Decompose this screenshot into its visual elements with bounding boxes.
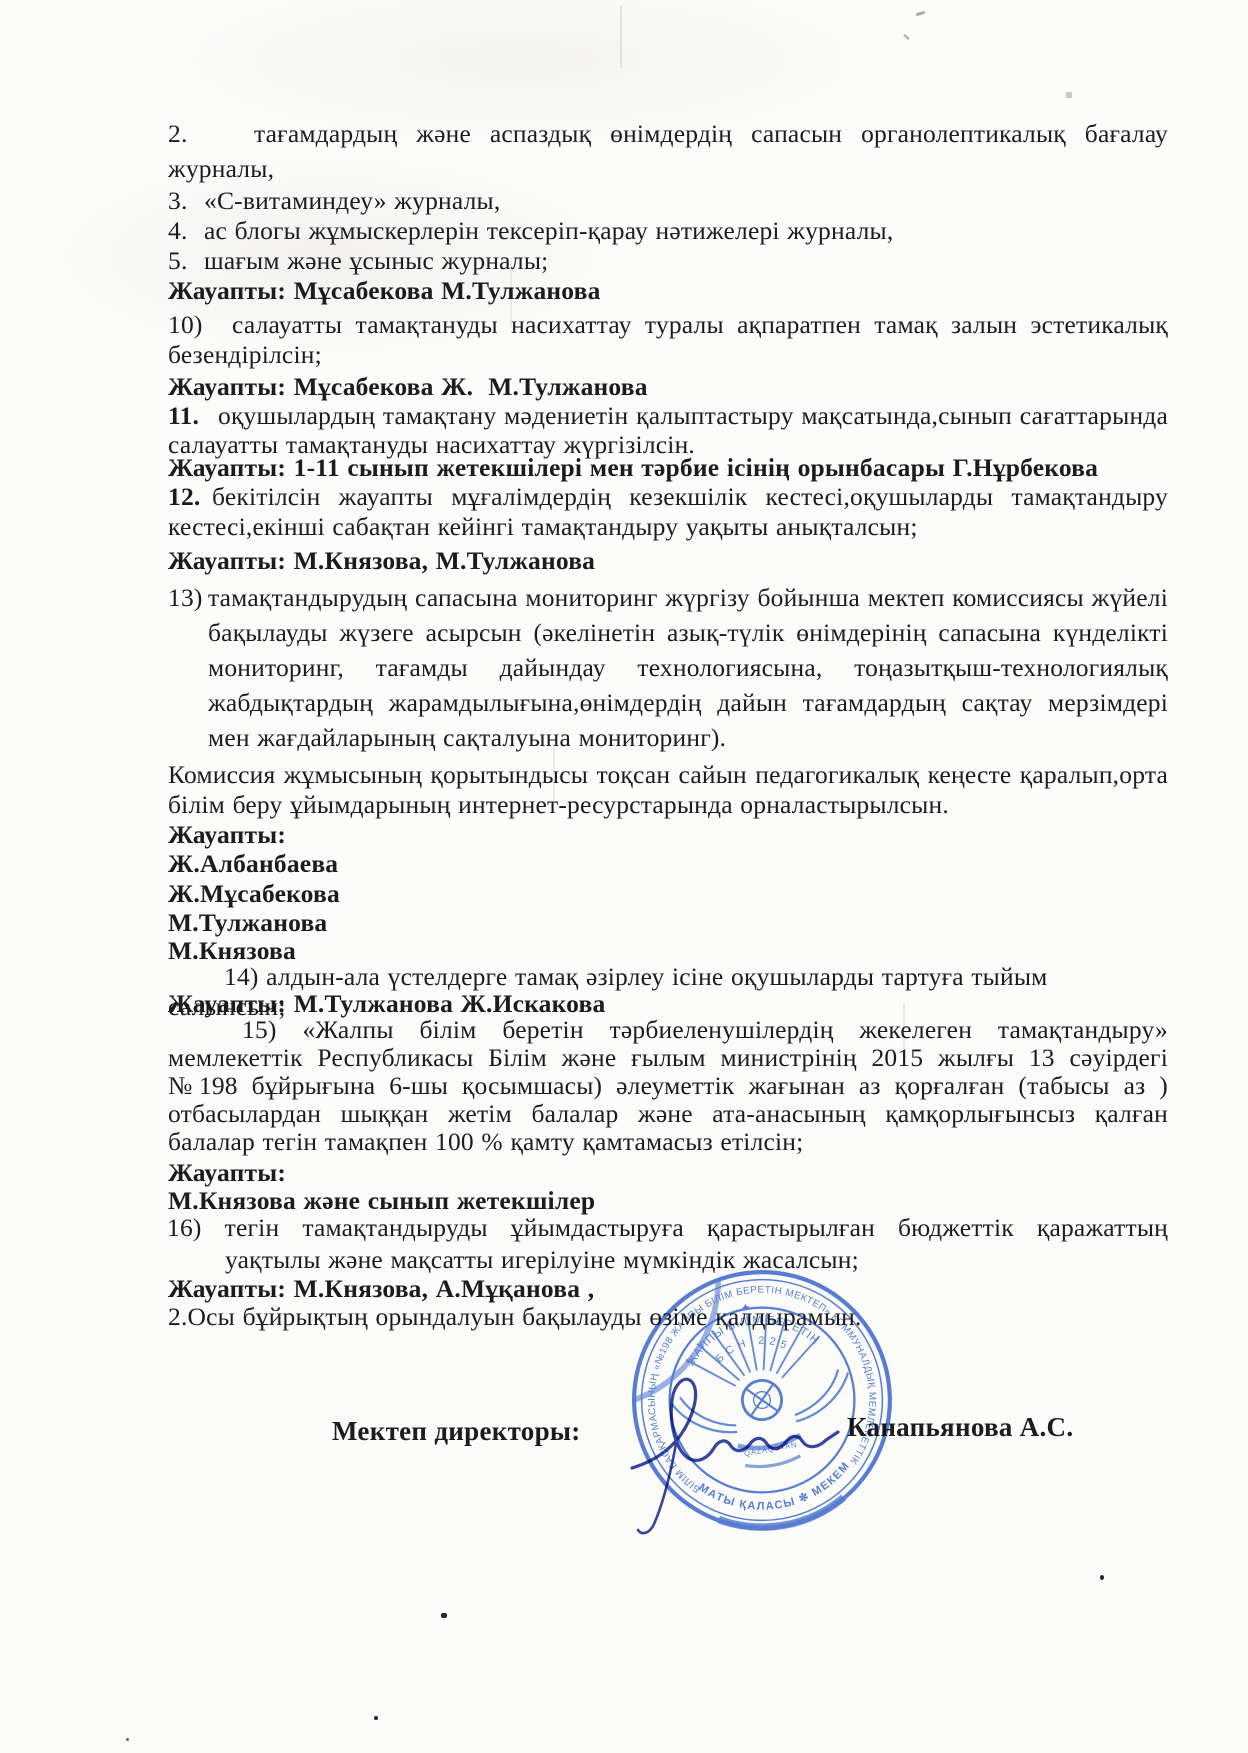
doc-line-name: Ж.Мұсабекова — [168, 879, 1168, 909]
list-number: 14) — [196, 962, 259, 992]
doc-line-responsible: Жауапты: М.Князова, М.Тулжанова — [168, 546, 1168, 576]
stamp-star-icon: ✦ — [740, 1300, 752, 1316]
doc-line-responsible: Жауапты: — [168, 1158, 1168, 1188]
doc-line-name: М.Тулжанова — [168, 908, 1168, 938]
doc-line-name: Ж.Албанбаева — [168, 849, 1168, 879]
doc-line-item-12: 12.бекітілсін жауапты мұғалімдердің кезе… — [168, 482, 1168, 542]
list-number: 3. — [168, 186, 204, 216]
doc-line-responsible: Жауапты: Мұсабекова Ж. М.Тулжанова — [168, 372, 1168, 402]
doc-line-item-11: 11.оқушылардың тамақтану мәдениетін қалы… — [168, 401, 1168, 459]
doc-line-responsible: Жауапты: Мұсабекова М.Тулжанова — [168, 276, 1168, 306]
scanned-document-page: 2.тағамдардың және аспаздық өнімдердің с… — [0, 0, 1248, 1753]
list-number: 13) — [168, 580, 208, 615]
doc-line-item-4: 4.ас блогы жұмыскерлерін тексеріп-қарау … — [168, 216, 1168, 246]
list-number: 5. — [168, 246, 204, 276]
director-label: Мектеп директоры: — [332, 1416, 581, 1447]
doc-line-item-10: 10)салауатты тамақтануды насихаттау тура… — [168, 310, 1168, 370]
doc-line-item-5: 5.шағым және ұсыныс журналы; — [168, 246, 1168, 276]
doc-line-responsible: Жауапты: — [168, 820, 1168, 850]
doc-line-responsible: Жауапты: 1-11 сынып жетекшілері мен тәрб… — [168, 453, 1168, 483]
doc-line-item-3: 3.«С-витаминдеу» журналы, — [168, 186, 1168, 216]
director-signature — [600, 1360, 860, 1550]
list-number: 16) — [196, 1212, 202, 1244]
list-number: 4. — [168, 216, 204, 246]
list-number: 12. — [168, 482, 212, 512]
doc-line-commission: Комиссия жұмысының қорытындысы тоқсан са… — [168, 760, 1168, 820]
list-number: 10) — [168, 310, 232, 340]
doc-line-item-13: 13)тамақтандырудың сапасына мониторинг ж… — [168, 580, 1168, 755]
list-number: 15) — [205, 1016, 277, 1044]
doc-line-item-2: 2.тағамдардың және аспаздық өнімдердің с… — [168, 116, 1168, 186]
list-number: 2. — [168, 116, 254, 151]
list-number: 11. — [168, 401, 218, 430]
doc-line-item-15: 15) «Жалпы білім беретін тәрбиеленушілер… — [168, 1016, 1168, 1156]
